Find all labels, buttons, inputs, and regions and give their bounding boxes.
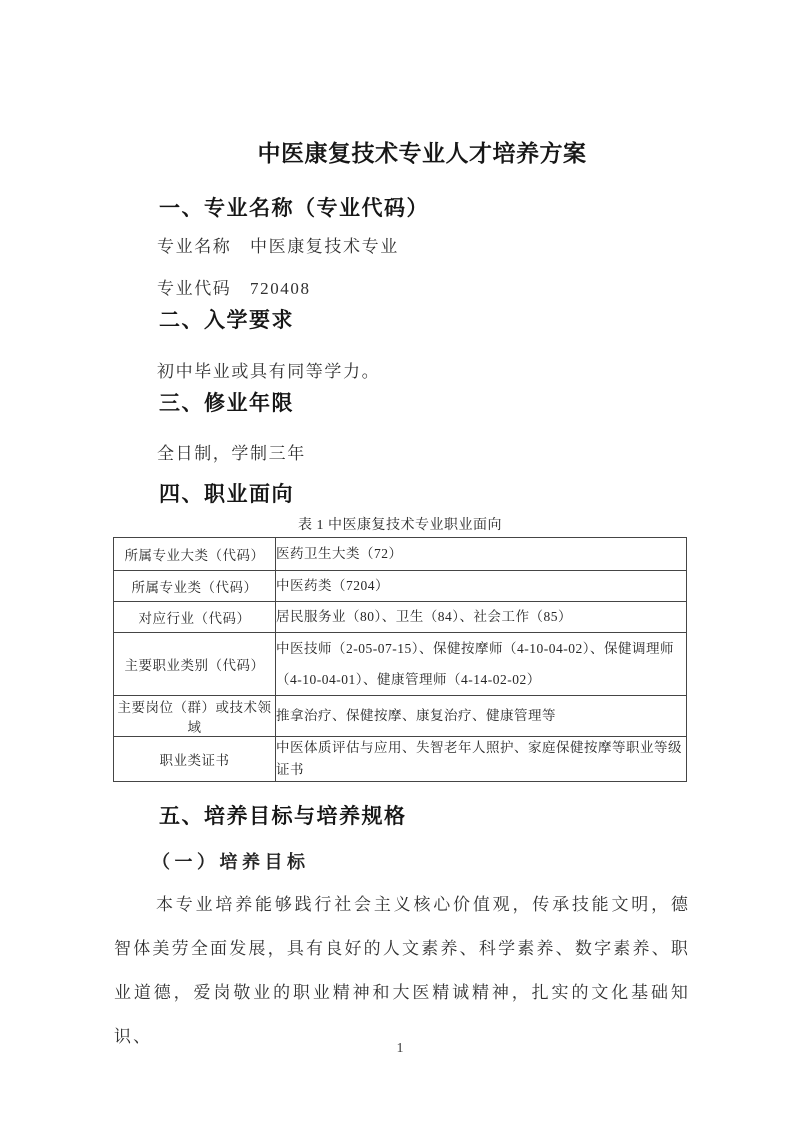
row-label-industry: 对应行业（代码） <box>114 602 276 633</box>
training-goal-paragraph: 本专业培养能够践行社会主义核心价值观，传承技能文明，德智体美劳全面发展，具有良好… <box>114 883 690 1059</box>
table-row: 主要职业类别（代码） 中医技师（2-05-07-15）、保健按摩师（4-10-0… <box>114 633 687 696</box>
document-page: 中医康复技术专业人才培养方案 一、专业名称（专业代码） 专业名称 中医康复技术专… <box>0 0 800 1131</box>
study-duration-line: 全日制，学制三年 <box>115 444 690 464</box>
entry-requirements-line: 初中毕业或具有同等学力。 <box>115 362 690 382</box>
document-title: 中医康复技术专业人才培养方案 <box>115 140 689 166</box>
subsection-heading-training-goal: （一）培养目标 <box>152 851 310 873</box>
row-label-occupation-types: 主要职业类别（代码） <box>114 633 276 696</box>
table-row: 对应行业（代码） 居民服务业（80）、卫生（84）、社会工作（85） <box>114 602 687 633</box>
row-label-main-posts: 主要岗位（群）或技术领域 <box>114 696 276 737</box>
table-caption: 表 1 中医康复技术专业职业面向 <box>113 514 687 534</box>
row-value-category: 中医药类（7204） <box>276 571 687 602</box>
row-label-major-category: 所属专业大类（代码） <box>114 538 276 571</box>
page-number: 1 <box>113 1041 687 1057</box>
row-value-main-posts: 推拿治疗、保健按摩、康复治疗、健康管理等 <box>276 696 687 737</box>
section-heading-entry-requirements: 二、入学要求 <box>159 309 294 332</box>
professional-name-line: 专业名称 中医康复技术专业 <box>115 237 690 257</box>
professional-code-line: 专业代码 720408 <box>115 279 690 299</box>
table-row: 职业类证书 中医体质评估与应用、失智老年人照护、家庭保健按摩等职业等级证书 <box>114 737 687 782</box>
section-heading-career-orientation: 四、职业面向 <box>159 483 294 506</box>
table-row: 主要岗位（群）或技术领域 推拿治疗、保健按摩、康复治疗、健康管理等 <box>114 696 687 737</box>
section-heading-professional-name: 一、专业名称（专业代码） <box>159 197 429 220</box>
row-value-certificates: 中医体质评估与应用、失智老年人照护、家庭保健按摩等职业等级证书 <box>276 737 687 782</box>
section-heading-study-duration: 三、修业年限 <box>159 392 294 415</box>
career-orientation-table: 所属专业大类（代码） 医药卫生大类（72） 所属专业类（代码） 中医药类（720… <box>113 537 687 782</box>
table-row: 所属专业类（代码） 中医药类（7204） <box>114 571 687 602</box>
table-row: 所属专业大类（代码） 医药卫生大类（72） <box>114 538 687 571</box>
section-heading-training-objectives: 五、培养目标与培养规格 <box>159 805 407 828</box>
row-value-industry: 居民服务业（80）、卫生（84）、社会工作（85） <box>276 602 687 633</box>
row-label-category: 所属专业类（代码） <box>114 571 276 602</box>
row-value-major-category: 医药卫生大类（72） <box>276 538 687 571</box>
row-value-occupation-types: 中医技师（2-05-07-15）、保健按摩师（4-10-04-02）、保健调理师… <box>276 633 687 696</box>
row-label-certificates: 职业类证书 <box>114 737 276 782</box>
